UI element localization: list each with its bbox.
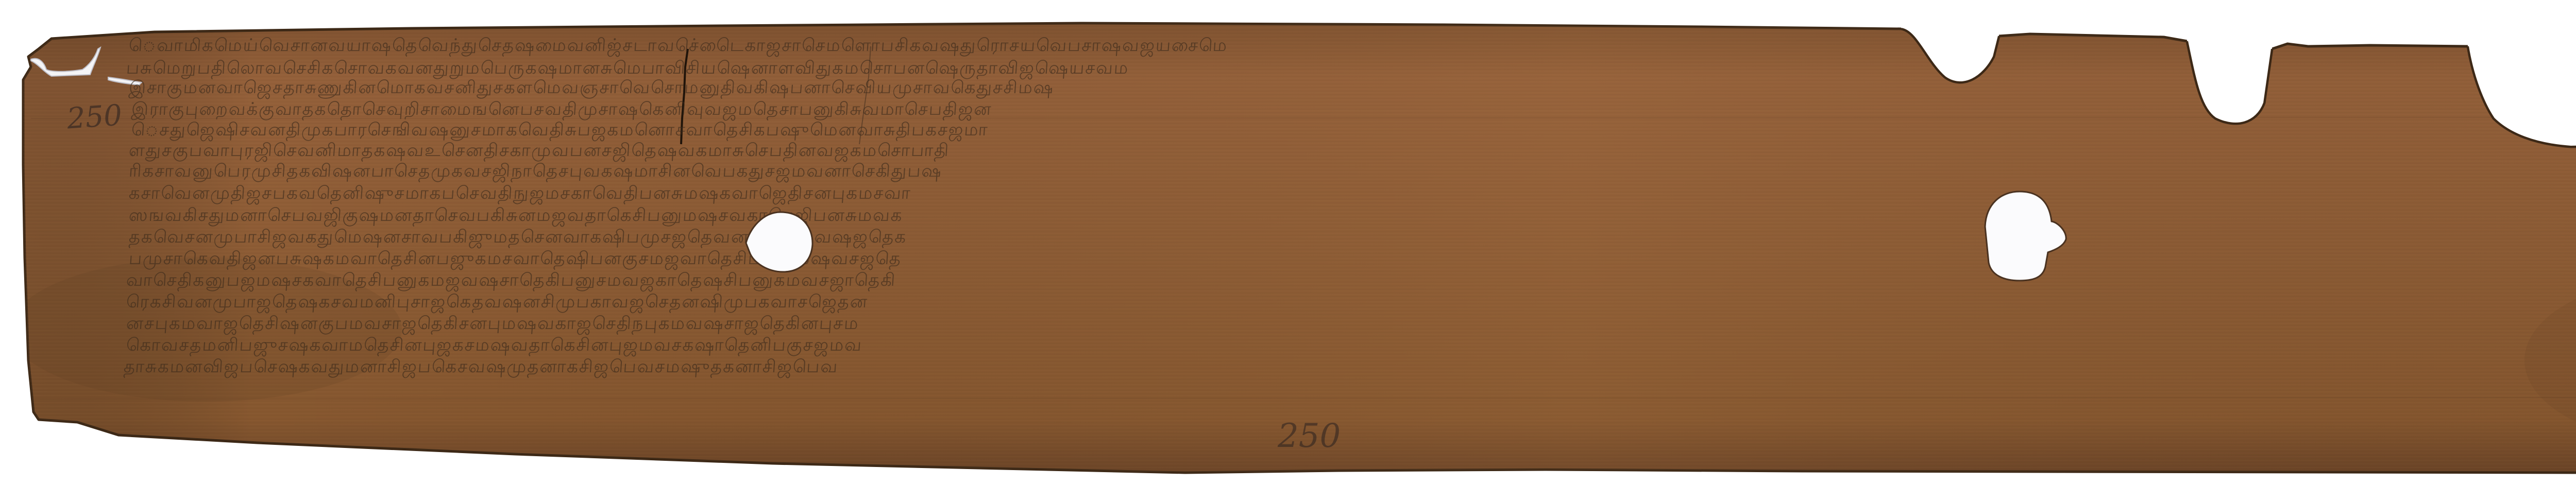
margin-mark-bottom: 250 bbox=[1278, 417, 1341, 455]
manuscript-scan: ெவாமிகமெய்வெசானவயாஷதெவெந்துசெதஷமைவனிஜ்சட… bbox=[0, 0, 2576, 502]
margin-mark-left: 250 bbox=[66, 98, 123, 135]
